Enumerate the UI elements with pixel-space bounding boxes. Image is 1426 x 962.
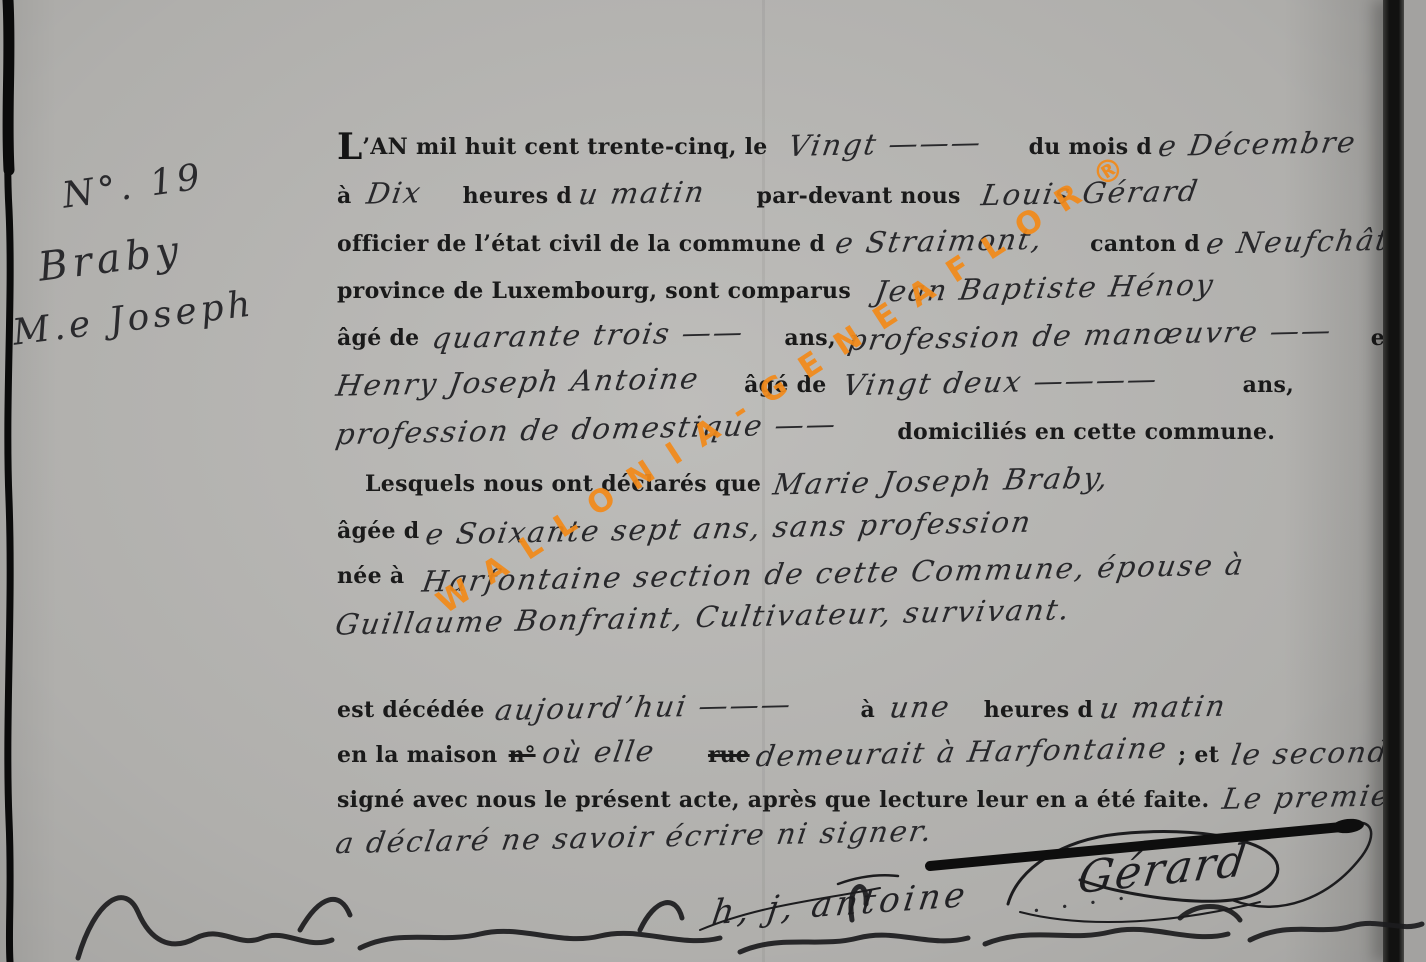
- printed-text: canton d: [1090, 231, 1200, 257]
- act-line: profession de domestique —— domiciliés e…: [337, 412, 1275, 448]
- page-edge-line-top: [8, 0, 9, 170]
- act-line: est décédée aujourd’hui ——— à une heures…: [337, 690, 1227, 726]
- handwritten-text: demeurait à Harfontaine: [753, 731, 1170, 774]
- handwritten-text: Vingt ———: [786, 125, 985, 163]
- printed-text: heures d: [463, 183, 572, 209]
- handwritten-text: u matin: [1097, 689, 1229, 726]
- act-line: âgé de quarante trois —— ans, profession…: [337, 318, 1395, 354]
- printed-text: est décédée: [337, 697, 485, 723]
- printed-text: à: [337, 183, 352, 209]
- margin-deceased-firstname: M.e Joseph: [10, 283, 256, 353]
- act-line: âgée d e Soixante sept ans, sans profess…: [337, 511, 1031, 547]
- printed-text: ans,: [784, 325, 836, 351]
- act-line: née à Harfontaine section de cette Commu…: [337, 556, 1243, 592]
- handwritten-text: Guillaume Bonfraint, Cultivateur, surviv…: [333, 592, 1073, 641]
- handwritten-text: Jean Baptiste Hénoy: [873, 267, 1217, 308]
- act-line: à Dix heures d u matin par-devant nous L…: [337, 176, 1198, 212]
- handwritten-text: profession de manœuvre ——: [846, 313, 1336, 357]
- handwritten-text: e Straimont,: [833, 222, 1046, 260]
- page-gutter: [1383, 0, 1404, 962]
- signature-dots: · · · ·: [1030, 883, 1133, 927]
- act-line: signé avec nous le présent acte, après q…: [337, 780, 1406, 816]
- adjacent-page-strip: [1404, 0, 1426, 962]
- printed-text: âgée d: [337, 518, 419, 544]
- printed-text: du mois d: [1029, 134, 1152, 160]
- ink-blob: [1331, 817, 1364, 834]
- margin-act-number: N°. 19: [60, 156, 207, 216]
- page-edge-line: [8, 0, 10, 962]
- act-line: Guillaume Bonfraint, Cultivateur, surviv…: [337, 600, 1070, 636]
- handwritten-text: e Soixante sept ans, sans profession: [423, 505, 1034, 552]
- signature-flourish: [1232, 823, 1371, 907]
- handwritten-text: profession de domestique ——: [333, 407, 839, 451]
- witness-signature: h, j, antoine: [709, 875, 971, 933]
- printed-text: âgé de: [337, 325, 419, 351]
- printed-text: ; et: [1178, 742, 1219, 768]
- printed-text: province de Luxembourg, sont comparus: [337, 278, 851, 304]
- printed-text: domiciliés en cette commune.: [897, 419, 1275, 445]
- struck-printed-text: n°: [509, 742, 536, 768]
- printed-text: officier de l’état civil de la commune d: [337, 231, 825, 257]
- printed-text: âgé de: [744, 372, 826, 398]
- struck-printed-text: rue: [708, 742, 750, 768]
- printed-text: heures d: [984, 697, 1093, 723]
- printed-text: en la maison: [337, 742, 497, 768]
- handwritten-text: Dix: [364, 175, 424, 210]
- handwritten-text: Louis Gérard: [979, 174, 1202, 213]
- printed-text: signé avec nous le présent acte, après q…: [337, 787, 1210, 813]
- handwritten-text: une: [887, 689, 953, 724]
- handwritten-text: Harfontaine section de cette Commune, ép…: [419, 547, 1246, 598]
- handwritten-text: aujourd’hui ———: [493, 687, 795, 727]
- handwritten-text: où elle: [540, 734, 658, 770]
- printed-text: Lesquels nous ont déclarés que: [365, 471, 761, 497]
- handwritten-text: e Décembre: [1156, 125, 1359, 163]
- handwritten-text: Le premier: [1220, 778, 1409, 816]
- printed-text: par-devant nous: [757, 183, 961, 209]
- handwritten-text: a déclaré ne savoir écrire ni signer.: [333, 814, 935, 860]
- act-line: a déclaré ne savoir écrire ni signer.: [337, 820, 932, 856]
- handwritten-text: Henry Joseph Antoine: [334, 361, 703, 403]
- handwritten-text: u matin: [576, 175, 708, 212]
- printed-text: ans,: [1243, 372, 1295, 398]
- handwritten-text: quarante trois ——: [429, 315, 746, 356]
- act-line: officier de l’état civil de la commune d…: [337, 224, 1426, 260]
- printed-text: à: [860, 697, 875, 723]
- printed-text: née à: [337, 563, 404, 589]
- handwritten-text: Marie Joseph Braby,: [771, 460, 1112, 501]
- printed-text: ’AN mil huit cent trente-cinq, le: [362, 134, 767, 160]
- act-line: L’AN mil huit cent trente-cinq, le Vingt…: [337, 126, 1356, 162]
- death-record-scan: N°. 19 Braby M.e Joseph L’AN mil huit ce…: [0, 0, 1426, 962]
- act-line: en la maison n° où elle rue demeurait à …: [337, 735, 1426, 771]
- margin-deceased-surname: Braby: [36, 227, 186, 290]
- act-line: province de Luxembourg, sont comparus Je…: [337, 271, 1214, 307]
- act-line: Henry Joseph Antoine âgé de Vingt deux —…: [337, 365, 1294, 401]
- act-line: Lesquels nous ont déclarés que Marie Jos…: [365, 464, 1109, 500]
- handwritten-text: Vingt deux ————: [841, 362, 1161, 403]
- printed-drop-cap: L: [337, 126, 362, 168]
